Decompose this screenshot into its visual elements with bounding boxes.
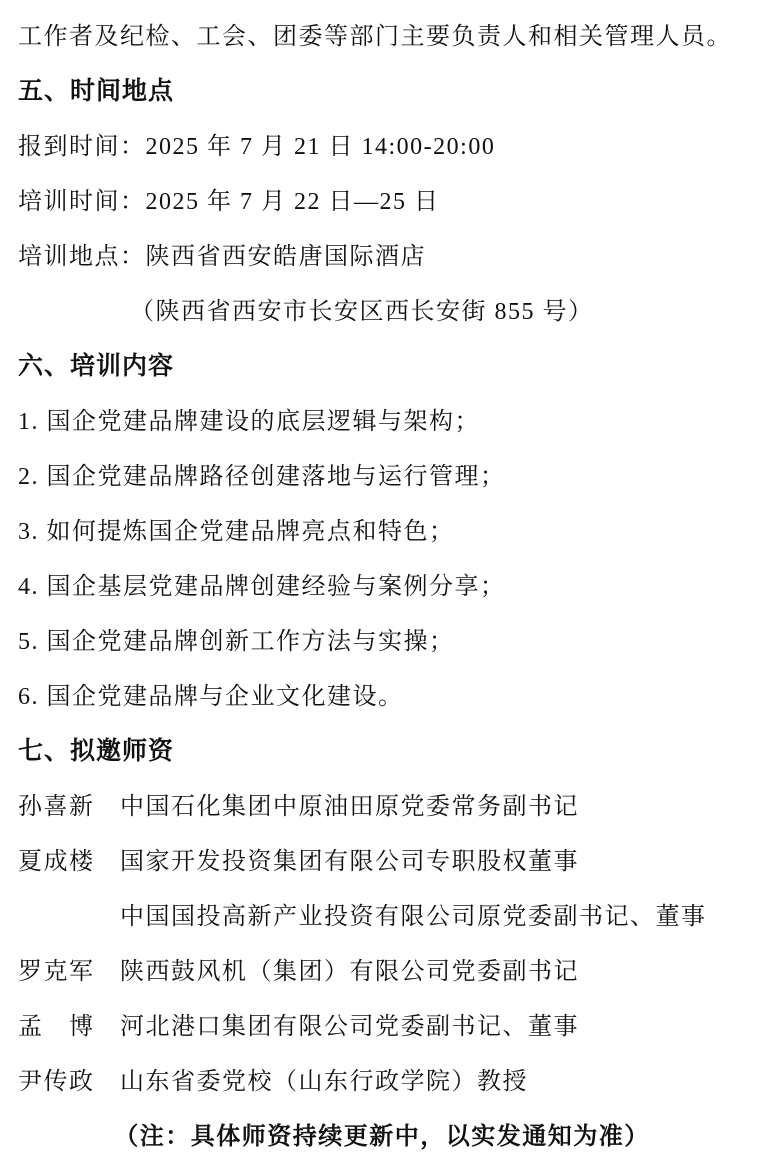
teacher-row: 罗克军 陕西鼓风机（集团）有限公司党委副书记	[18, 941, 748, 996]
section-heading-invited-teachers: 七、拟邀师资	[18, 721, 748, 776]
training-time-line: 培训时间：2025 年 7 月 22 日—25 日	[18, 171, 748, 226]
teacher-row: 夏成楼 国家开发投资集团有限公司专职股权董事	[18, 831, 748, 886]
document-page: 工作者及纪检、工会、团委等部门主要负责人和相关管理人员。 五、时间地点 报到时间…	[0, 0, 764, 1164]
teacher-title: 国家开发投资集团有限公司专职股权董事	[120, 841, 748, 876]
content-item-1: 1. 国企党建品牌建设的底层逻辑与架构；	[18, 391, 748, 446]
teacher-row-continuation: 中国国投高新产业投资有限公司原党委副书记、董事	[18, 886, 748, 941]
teachers-update-note: （注：具体师资持续更新中，以实发通知为准）	[0, 1106, 764, 1161]
content-item-6: 6. 国企党建品牌与企业文化建设。	[18, 666, 748, 721]
section-heading-training-content: 六、培训内容	[18, 336, 748, 391]
training-location-line: 培训地点：陕西省西安皓唐国际酒店	[18, 226, 748, 281]
teacher-name: 孙喜新	[18, 786, 120, 821]
teacher-title: 陕西鼓风机（集团）有限公司党委副书记	[120, 951, 748, 986]
teacher-row: 尹传政 山东省委党校（山东行政学院）教授	[18, 1051, 748, 1106]
teacher-name: 罗克军	[18, 951, 120, 986]
content-item-4: 4. 国企基层党建品牌创建经验与案例分享；	[18, 556, 748, 611]
intro-paragraph: 工作者及纪检、工会、团委等部门主要负责人和相关管理人员。	[18, 6, 748, 61]
location-address-line: （陕西省西安市长安区西长安街 855 号）	[18, 281, 748, 336]
teacher-row: 孙喜新 中国石化集团中原油田原党委常务副书记	[18, 776, 748, 831]
teacher-title: 山东省委党校（山东行政学院）教授	[120, 1061, 748, 1096]
section-heading-time-location: 五、时间地点	[18, 61, 748, 116]
teacher-name: 尹传政	[18, 1061, 120, 1096]
content-item-3: 3. 如何提炼国企党建品牌亮点和特色；	[18, 501, 748, 556]
content-item-2: 2. 国企党建品牌路径创建落地与运行管理；	[18, 446, 748, 501]
teacher-title: 中国国投高新产业投资有限公司原党委副书记、董事	[120, 896, 748, 931]
content-item-5: 5. 国企党建品牌创新工作方法与实操；	[18, 611, 748, 666]
checkin-time-line: 报到时间：2025 年 7 月 21 日 14:00-20:00	[18, 116, 748, 171]
teacher-title: 河北港口集团有限公司党委副书记、董事	[120, 1006, 748, 1041]
teacher-name: 孟 博	[18, 1006, 120, 1041]
teacher-row: 孟 博 河北港口集团有限公司党委副书记、董事	[18, 996, 748, 1051]
teacher-title: 中国石化集团中原油田原党委常务副书记	[120, 786, 748, 821]
teacher-name: 夏成楼	[18, 841, 120, 876]
